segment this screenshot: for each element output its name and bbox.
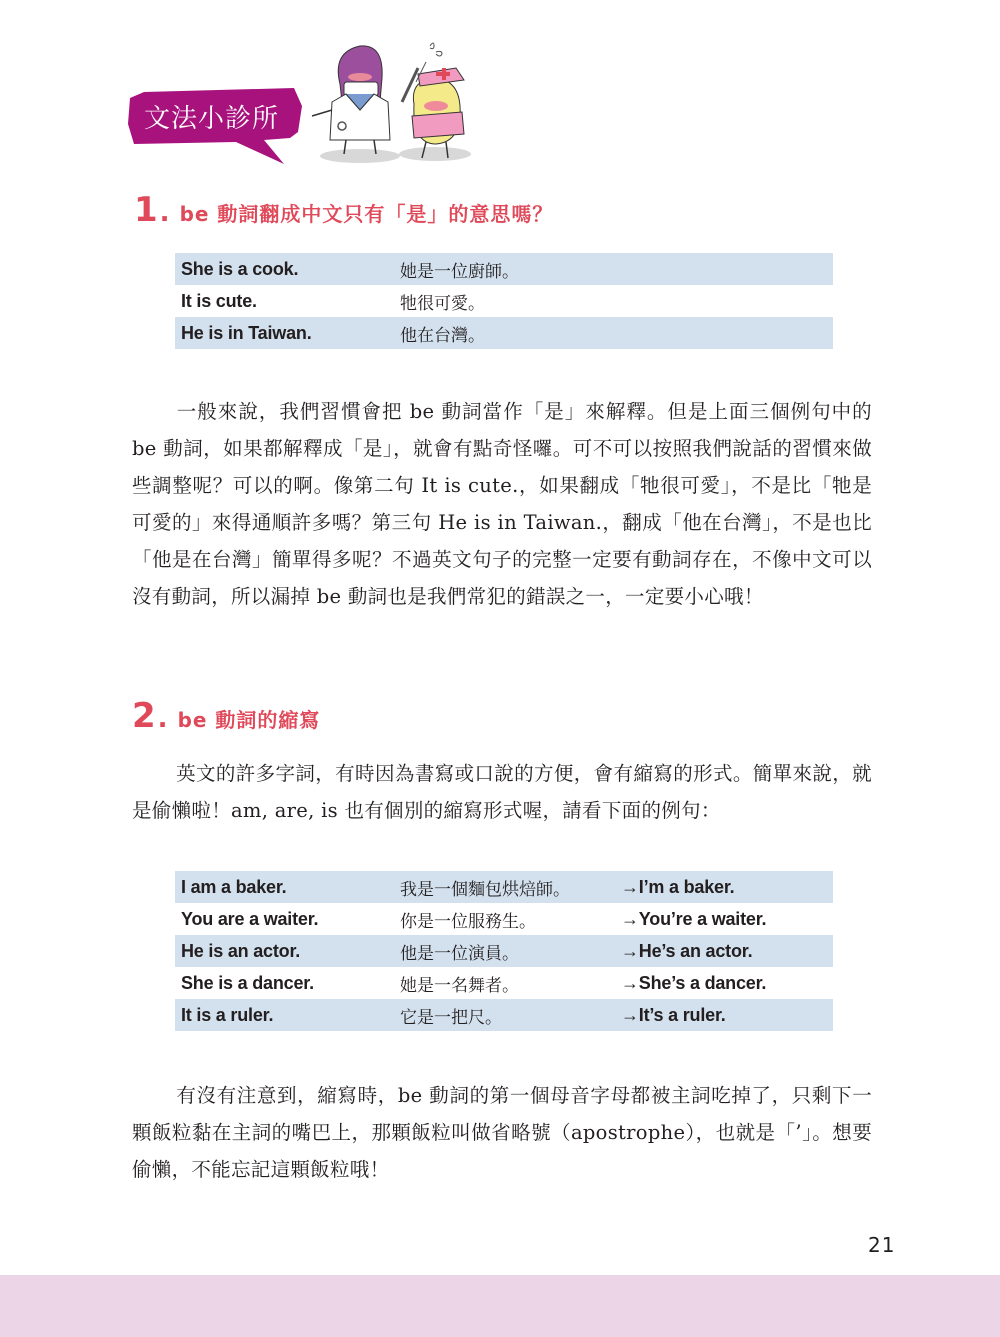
chinese-translation: 她是一位廚師。 (394, 253, 833, 285)
footer-band (0, 1275, 1000, 1337)
table-row: He is an actor. 他是一位演員。 →He’s an actor. (175, 935, 833, 967)
chinese-translation: 他是一位演員。 (394, 935, 615, 967)
chinese-translation: 牠很可愛。 (394, 285, 833, 317)
contracted-form: →He’s an actor. (615, 935, 833, 967)
table-row: She is a cook. 她是一位廚師。 (175, 253, 833, 285)
chinese-translation: 她是一名舞者。 (394, 967, 615, 999)
section-2-intro: 英文的許多字詞，有時因為書寫或口說的方便，會有縮寫的形式。簡單來說，就是偷懶啦！… (132, 755, 872, 829)
table-row: It is a ruler. 它是一把尺。 →It’s a ruler. (175, 999, 833, 1031)
section-2-heading: 2 . be 動詞的縮寫 (132, 696, 320, 736)
english-sentence: I am a baker. (175, 871, 394, 903)
contracted-form: →She’s a dancer. (615, 967, 833, 999)
page-number: 21 (868, 1233, 895, 1257)
table-row: I am a baker. 我是一個麵包烘焙師。 →I’m a baker. (175, 871, 833, 903)
section-number: 2 (132, 696, 156, 736)
doctor-nurse-mascot-icon (302, 32, 482, 167)
table-row: You are a waiter. 你是一位服務生。 →You’re a wai… (175, 903, 833, 935)
chinese-translation: 你是一位服務生。 (394, 903, 615, 935)
english-sentence: She is a dancer. (175, 967, 394, 999)
table-row: It is cute. 牠很可愛。 (175, 285, 833, 317)
english-sentence: She is a cook. (175, 253, 394, 285)
mascots-illustration (302, 32, 482, 167)
example-table-2: I am a baker. 我是一個麵包烘焙師。 →I’m a baker. Y… (175, 871, 833, 1031)
english-sentence: He is in Taiwan. (175, 317, 394, 349)
english-sentence: He is an actor. (175, 935, 394, 967)
english-sentence: It is cute. (175, 285, 394, 317)
contracted-form: →It’s a ruler. (615, 999, 833, 1031)
tag-label: 文法小診所 (144, 98, 279, 135)
table-row: She is a dancer. 她是一名舞者。 →She’s a dancer… (175, 967, 833, 999)
paragraph-text: 一般來說，我們習慣會把 be 動詞當作「是」來解釋。但是上面三個例句中的 be … (132, 400, 872, 608)
paragraph-text: 英文的許多字詞，有時因為書寫或口說的方便，會有縮寫的形式。簡單來說，就是偷懶啦！… (132, 762, 872, 822)
paragraph-text: 有沒有注意到，縮寫時，be 動詞的第一個母音字母都被主詞吃掉了，只剩下一顆飯粒黏… (132, 1084, 872, 1181)
section-title: be 動詞的縮寫 (178, 704, 321, 733)
section-1-paragraph: 一般來說，我們習慣會把 be 動詞當作「是」來解釋。但是上面三個例句中的 be … (132, 393, 872, 615)
section-dot: . (160, 198, 170, 228)
section-dot: . (158, 704, 168, 734)
chinese-translation: 他在台灣。 (394, 317, 833, 349)
section-title: be 動詞翻成中文只有「是」的意思嗎？ (180, 198, 554, 227)
section-number: 1 (134, 190, 158, 230)
contracted-form: →I’m a baker. (615, 871, 833, 903)
english-sentence: It is a ruler. (175, 999, 394, 1031)
grammar-clinic-tag: 文法小診所 (126, 84, 306, 166)
chinese-translation: 我是一個麵包烘焙師。 (394, 871, 615, 903)
contracted-form: →You’re a waiter. (615, 903, 833, 935)
table-row: He is in Taiwan. 他在台灣。 (175, 317, 833, 349)
section-1-heading: 1 . be 動詞翻成中文只有「是」的意思嗎？ (134, 190, 553, 230)
section-2-paragraph: 有沒有注意到，縮寫時，be 動詞的第一個母音字母都被主詞吃掉了，只剩下一顆飯粒黏… (132, 1077, 872, 1188)
example-table-1: She is a cook. 她是一位廚師。 It is cute. 牠很可愛。… (175, 253, 833, 349)
english-sentence: You are a waiter. (175, 903, 394, 935)
chinese-translation: 它是一把尺。 (394, 999, 615, 1031)
